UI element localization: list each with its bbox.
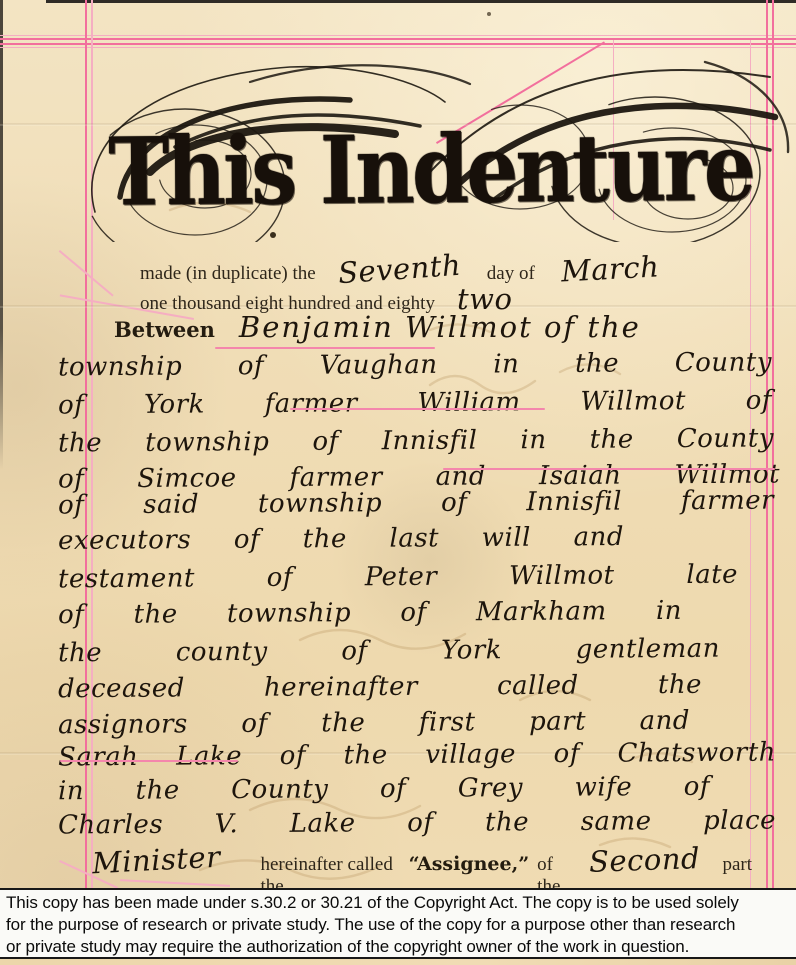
copyright-notice-line: or private study may require the authori… — [6, 936, 790, 958]
handwritten-line: Sarah Lake of the village of Chatsworth — [58, 737, 776, 772]
handwritten-line: in the County of Grey wife of — [58, 772, 710, 807]
handwritten-line: of the township of Markham in — [58, 596, 682, 630]
name-underline-benjamin-willmot — [215, 347, 435, 349]
copyright-notice-line: This copy has been made under s.30.2 or … — [6, 892, 790, 914]
handwritten-line: deceased hereinafter called the — [58, 670, 702, 704]
handwritten-first-party: Benjamin Willmot of the — [239, 310, 641, 344]
handwritten-line: the county of York gentleman — [58, 634, 720, 669]
handwritten-line: township of Vaughan in the County — [58, 348, 772, 383]
handwritten-line: assignors of the first part and — [58, 706, 690, 740]
handwritten-party-word: Second — [589, 841, 701, 879]
handwritten-line: of York farmer William Willmot of — [58, 386, 772, 421]
printed-assignee-label: “Assignee,” — [409, 853, 530, 875]
made-in-duplicate-line: made (in duplicate) the Seventh day of M… — [140, 252, 760, 286]
handwritten-line: of said township of Innisfil farmer — [58, 486, 774, 521]
document-title: This Indenture — [108, 113, 785, 228]
copyright-notice-line: for the purpose of research or private s… — [6, 914, 790, 936]
scanned-indenture-page: This Indenture made (in duplicate) the S… — [0, 0, 796, 965]
name-underline-isaiah-willmot — [443, 468, 775, 470]
handwritten-line: Charles V. Lake of the same place — [58, 805, 776, 840]
handwritten-occupation: Minister — [91, 840, 221, 881]
paper-below-strip — [0, 959, 796, 965]
name-underline-sarah-lake — [60, 760, 238, 762]
handwritten-line: executors of the last will and — [58, 522, 624, 556]
name-underline-william-willmot — [290, 408, 545, 410]
handwritten-line: the township of Innisfil in the County — [58, 424, 774, 459]
handwritten-line: testament of Peter Willmot late — [58, 560, 738, 595]
copyright-notice: This copy has been made under s.30.2 or … — [0, 888, 796, 959]
printed-part: part — [722, 854, 752, 876]
printed-between-label: Between — [114, 317, 215, 342]
between-line: Between Benjamin Willmot of the — [114, 310, 774, 344]
